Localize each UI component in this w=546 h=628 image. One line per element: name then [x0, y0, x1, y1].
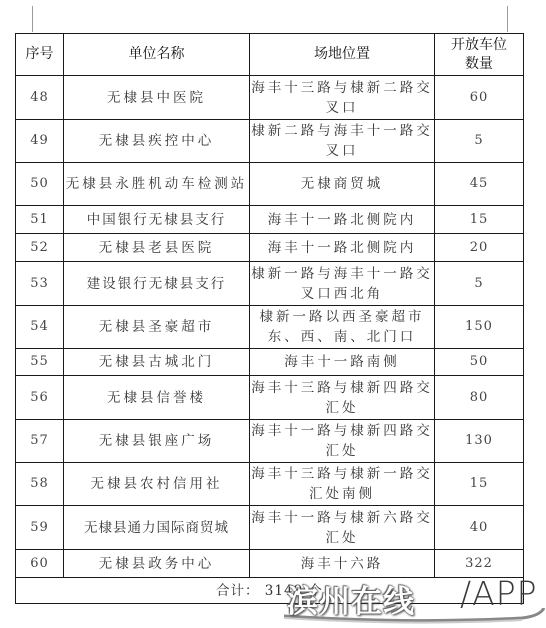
table-row: 48 无棣县中医院 海丰十三路与棣新二路交叉口 60 [16, 76, 524, 120]
cell-location: 海丰十三路与棣新一路交汇处南侧 [250, 463, 435, 506]
page-corner-mark-right [507, 6, 508, 32]
header-index: 序号 [16, 34, 64, 76]
cell-unit: 无棣县中医院 [64, 76, 250, 120]
table-row: 54 无棣县圣豪超市 棣新一路以西圣豪超市东、西、南、北门口 150 [16, 306, 524, 349]
cell-location: 棣新二路与海丰十一路交叉口 [250, 120, 435, 163]
cell-index: 51 [16, 206, 64, 234]
cell-index: 59 [16, 506, 64, 550]
cell-location: 海丰十一路与棣新六路交汇处 [250, 506, 435, 550]
page-corner-mark-left [32, 6, 33, 32]
cell-spaces: 15 [435, 463, 524, 506]
watermark-suffix: /APP [460, 574, 538, 613]
cell-index: 49 [16, 120, 64, 163]
table-row: 58 无棣县农村信用社 海丰十三路与棣新一路交汇处南侧 15 [16, 463, 524, 506]
watermark: 滨州在线 /APP [282, 574, 546, 628]
cell-unit: 无棣县政务中心 [64, 550, 250, 578]
cell-index: 52 [16, 234, 64, 262]
cell-index: 57 [16, 420, 64, 463]
cell-spaces: 40 [435, 506, 524, 550]
header-location: 场地位置 [250, 34, 435, 76]
cell-unit: 无棣县老县医院 [64, 234, 250, 262]
cell-spaces: 5 [435, 262, 524, 306]
cell-spaces: 20 [435, 234, 524, 262]
cell-spaces: 80 [435, 376, 524, 420]
cell-unit: 无棣县银座广场 [64, 420, 250, 463]
header-spaces: 开放车位 数量 [435, 34, 524, 76]
cell-spaces: 150 [435, 306, 524, 349]
cell-location: 海丰十一路北侧院内 [250, 234, 435, 262]
cell-location: 棣新一路以西圣豪超市东、西、南、北门口 [250, 306, 435, 349]
cell-unit: 无棣县通力国际商贸城 [64, 506, 250, 550]
cell-index: 48 [16, 76, 64, 120]
cell-unit: 无棣县疾控中心 [64, 120, 250, 163]
cell-location: 棣新一路与海丰十一路交叉口西北角 [250, 262, 435, 306]
table-row: 51 中国银行无棣县支行 海丰十一路北侧院内 15 [16, 206, 524, 234]
cell-unit: 建设银行无棣县支行 [64, 262, 250, 306]
cell-spaces: 60 [435, 76, 524, 120]
cell-unit: 无棣县古城北门 [64, 349, 250, 376]
table-row: 53 建设银行无棣县支行 棣新一路与海丰十一路交叉口西北角 5 [16, 262, 524, 306]
cell-location: 无棣商贸城 [250, 163, 435, 206]
parking-spaces-table: 序号 单位名称 场地位置 开放车位 数量 48 无棣县中医院 海丰十三路与棣新二… [15, 33, 524, 604]
cell-spaces: 5 [435, 120, 524, 163]
cell-location: 海丰十三路与棣新四路交汇处 [250, 376, 435, 420]
table-row: 50 无棣县永胜机动车检测站 无棣商贸城 45 [16, 163, 524, 206]
cell-index: 60 [16, 550, 64, 578]
table-row: 56 无棣县信誉楼 海丰十三路与棣新四路交汇处 80 [16, 376, 524, 420]
cell-index: 53 [16, 262, 64, 306]
header-spaces-line1: 开放车位 [435, 36, 523, 55]
header-spaces-line2: 数量 [435, 55, 523, 74]
cell-unit: 无棣县永胜机动车检测站 [64, 163, 250, 206]
cell-location: 海丰十一路与棣新四路交汇处 [250, 420, 435, 463]
cell-location: 海丰十三路与棣新二路交叉口 [250, 76, 435, 120]
cell-index: 54 [16, 306, 64, 349]
table-row: 59 无棣县通力国际商贸城 海丰十一路与棣新六路交汇处 40 [16, 506, 524, 550]
table-row: 57 无棣县银座广场 海丰十一路与棣新四路交汇处 130 [16, 420, 524, 463]
cell-spaces: 50 [435, 349, 524, 376]
cell-location: 海丰十一路北侧院内 [250, 206, 435, 234]
cell-unit: 无棣县信誉楼 [64, 376, 250, 420]
header-row: 序号 单位名称 场地位置 开放车位 数量 [16, 34, 524, 76]
cell-index: 58 [16, 463, 64, 506]
cell-index: 56 [16, 376, 64, 420]
cell-spaces: 130 [435, 420, 524, 463]
table-row: 55 无棣县古城北门 海丰十一路南侧 50 [16, 349, 524, 376]
cell-spaces: 45 [435, 163, 524, 206]
table-row: 52 无棣县老县医院 海丰十一路北侧院内 20 [16, 234, 524, 262]
cell-unit: 无棣县圣豪超市 [64, 306, 250, 349]
cell-index: 50 [16, 163, 64, 206]
cell-unit: 无棣县农村信用社 [64, 463, 250, 506]
watermark-brand: 滨州在线 [287, 576, 415, 621]
cell-location: 海丰十一路南侧 [250, 349, 435, 376]
cell-unit: 中国银行无棣县支行 [64, 206, 250, 234]
cell-spaces: 15 [435, 206, 524, 234]
cell-index: 55 [16, 349, 64, 376]
table-row: 49 无棣县疾控中心 棣新二路与海丰十一路交叉口 5 [16, 120, 524, 163]
header-unit-name: 单位名称 [64, 34, 250, 76]
